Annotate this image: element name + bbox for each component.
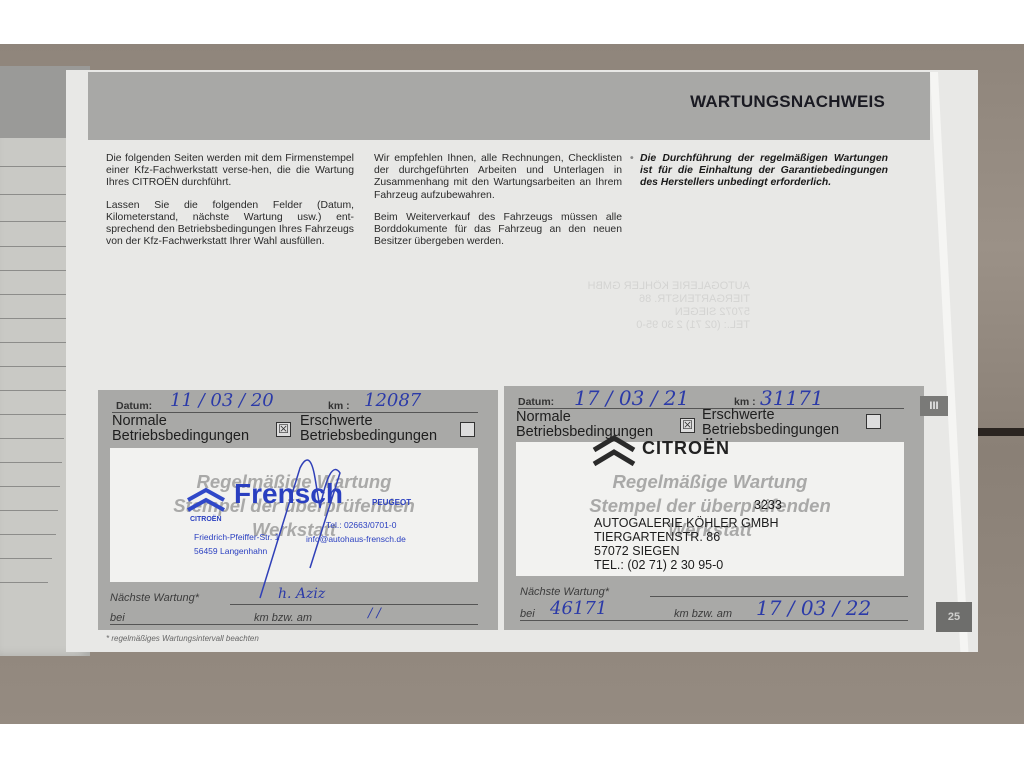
intro-column-3: • Die Durchführung der regelmäßigen Wart…	[640, 153, 888, 200]
show-through-stamp: AUTOGALERIE KÖHLER GMBHTIERGARTENSTR. 86…	[580, 280, 750, 332]
ruled-line	[0, 510, 58, 511]
date-value[interactable]: 17 / 03 / 21	[574, 386, 689, 410]
intro-paragraph: Die folgenden Seiten werden mit dem Firm…	[106, 153, 354, 190]
km-value[interactable]: 12087	[364, 390, 421, 411]
service-record-1: Datum: km : 11 / 03 / 20 12087 NormaleBe…	[98, 390, 498, 630]
ruled-line	[0, 486, 60, 487]
km-or-date-label: km bzw. am	[674, 608, 732, 620]
hard-conditions-checkbox[interactable]	[866, 414, 881, 429]
ruled-line	[0, 462, 62, 463]
hard-conditions-checkbox[interactable]	[460, 422, 475, 437]
ruled-line	[0, 438, 64, 439]
intro-paragraph: Wir empfehlen Ihnen, alle Rechnungen, Ch…	[374, 153, 622, 202]
normal-conditions-checkbox[interactable]: ☒	[680, 418, 695, 433]
section-tab: III	[920, 396, 948, 416]
citroen-chevrons-icon	[592, 432, 636, 468]
hard-conditions-label: ErschwerteBetriebsbedingungen	[300, 414, 437, 444]
ruled-line	[0, 366, 70, 367]
footnote: * regelmäßiges Wartungsintervall beachte…	[106, 634, 259, 643]
date-value[interactable]: 11 / 03 / 20	[170, 390, 274, 411]
ruled-line	[0, 582, 48, 583]
page-number: 25	[936, 602, 972, 632]
intro-column-2: Wir empfehlen Ihnen, alle Rechnungen, Ch…	[374, 153, 622, 258]
ruled-line	[0, 342, 72, 343]
stamp-dealer-number: 3233	[754, 498, 782, 513]
stamp-brand-right: PEUGEOT	[372, 498, 411, 507]
stamp-city: 57072 SIEGEN	[594, 544, 679, 559]
normal-conditions-checkbox[interactable]: ☒	[276, 422, 291, 437]
next-service-label: Nächste Wartung*	[520, 586, 609, 598]
stamp-area: Regelmäßige WartungStempel der überprüfe…	[110, 448, 478, 582]
stamp-dealer-name: AUTOGALERIE KÖHLER GMBH	[594, 516, 779, 531]
ruled-line	[0, 534, 56, 535]
ruled-line	[0, 294, 76, 295]
next-km-line	[110, 624, 478, 625]
date-row: Datum: km :	[112, 396, 478, 413]
ruled-line	[0, 558, 52, 559]
next-km-value[interactable]: 46171	[550, 598, 607, 619]
signature-stroke	[240, 448, 360, 608]
next-at-label: bei	[110, 612, 125, 624]
stamp-brand-left: CITROËN	[190, 516, 222, 523]
service-record-2: Datum: km : 17 / 03 / 21 31171 NormaleBe…	[504, 386, 924, 630]
next-service-label: Nächste Wartung*	[110, 592, 199, 604]
bullet-icon: •	[630, 153, 634, 165]
date-label: Datum:	[116, 400, 152, 412]
next-date-value[interactable]: / /	[368, 606, 381, 621]
intro-paragraph: Lassen Sie die folgenden Felder (Datum, …	[106, 200, 354, 249]
ruled-line	[0, 414, 66, 415]
page-title: WARTUNGSNACHWEIS	[600, 92, 885, 112]
next-km-line	[520, 620, 908, 621]
intro-column-1: Die folgenden Seiten werden mit dem Firm…	[106, 153, 354, 258]
ruled-line	[0, 390, 68, 391]
warranty-note: Die Durchführung der regelmäßigen Wartun…	[640, 153, 888, 190]
normal-conditions-label: NormaleBetriebsbedingungen	[112, 414, 249, 444]
date-label: Datum:	[518, 396, 554, 408]
next-service-line	[230, 604, 478, 605]
stamp-brand: CITROËN	[642, 438, 730, 459]
next-date-value[interactable]: 17 / 03 / 22	[756, 596, 871, 620]
citroen-chevrons-icon	[186, 486, 226, 514]
intro-paragraph: Beim Weiterverkauf des Fahrzeugs müssen …	[374, 212, 622, 249]
stamp-area: Regelmäßige WartungStempel der überprüfe…	[516, 442, 904, 576]
ruled-line	[0, 318, 74, 319]
next-at-label: bei	[520, 608, 535, 620]
km-label: km :	[328, 400, 350, 412]
signature: h. Aziz	[278, 586, 325, 602]
stamp-street: TIERGARTENSTR. 86	[594, 530, 720, 545]
km-or-date-label: km bzw. am	[254, 612, 312, 624]
hard-conditions-label: ErschwerteBetriebsbedingungen	[702, 408, 839, 438]
stamp-phone: TEL.: (02 71) 2 30 95-0	[594, 558, 723, 573]
